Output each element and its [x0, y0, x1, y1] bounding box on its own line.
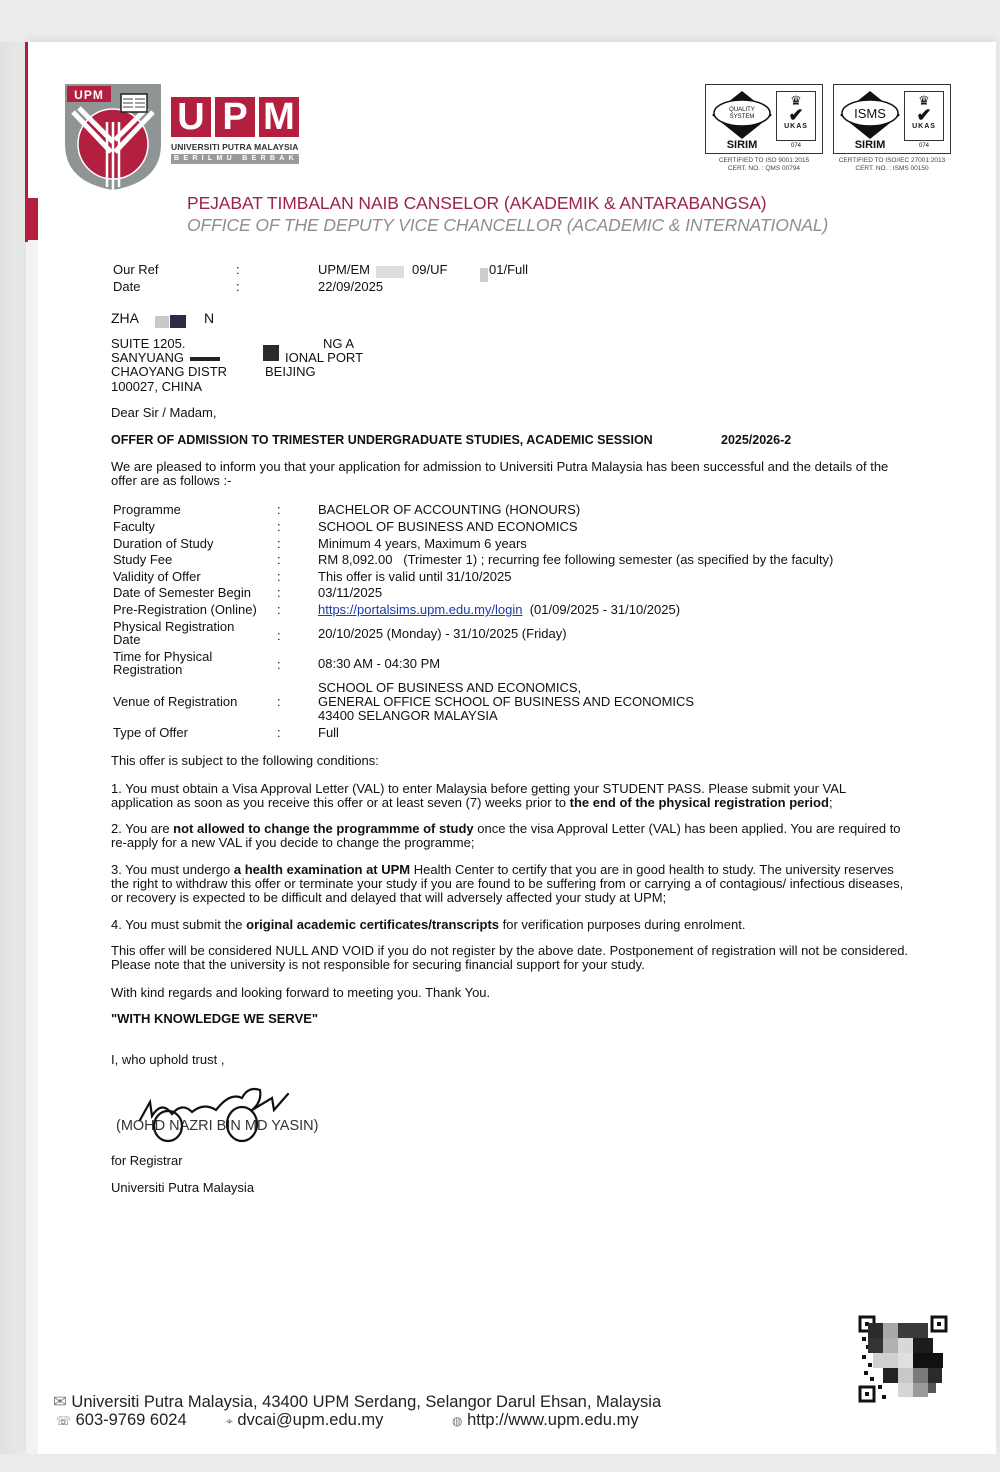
footer-phone-text: 603-9769 6024 — [76, 1411, 187, 1429]
colon: : — [277, 537, 281, 550]
svg-text:QUALITY: QUALITY — [729, 107, 755, 113]
address-line: SUITE 1205. — [111, 337, 185, 351]
academic-session: 2025/2026-2 — [721, 433, 791, 447]
svg-text:SYSTEM: SYSTEM — [730, 114, 755, 120]
wordmark-letter: U — [171, 97, 211, 137]
detail-label: Date of Semester Begin — [113, 586, 273, 599]
redaction-block — [263, 345, 279, 361]
redaction-block — [376, 266, 404, 278]
phone-icon: ☏ — [56, 1414, 71, 1428]
redaction-block — [155, 316, 169, 328]
footer-email-text[interactable]: dvcai@upm.edu.my — [237, 1411, 383, 1429]
our-ref-part: UPM/EM — [318, 263, 370, 277]
address-line: SANYUANG — [111, 351, 184, 365]
footer-email: ⌖ dvcai@upm.edu.my — [226, 1411, 383, 1430]
office-title-english: OFFICE OF THE DEPUTY VICE CHANCELLOR (AC… — [187, 215, 828, 236]
red-margin-block — [25, 198, 38, 240]
venue-line: 43400 SELANGOR MALAYSIA — [318, 709, 694, 723]
condition-item: 3. You must undergo a health examination… — [111, 863, 911, 905]
colon: : — [277, 586, 281, 599]
ukas-box: ♛ ✔ UKAS — [776, 91, 816, 141]
colon: : — [277, 570, 281, 583]
letter-date: 22/09/2025 — [318, 280, 383, 294]
detail-value: Full — [318, 726, 339, 739]
sirim-diamond-icon: ISMS — [838, 89, 902, 139]
university-name: UNIVERSITI PUTRA MALAYSIA — [171, 142, 299, 152]
address-line: NG A — [323, 337, 354, 351]
our-ref-part: 09/UF — [412, 263, 447, 277]
isms-cert-caption: CERTIFIED TO ISO/IEC 27001:2013 CERT. NO… — [833, 157, 951, 172]
redaction-block — [480, 268, 488, 282]
cert-caption-line: CERTIFIED TO ISO/IEC 27001:2013 — [833, 157, 951, 165]
condition-text: 2. You are — [111, 821, 173, 836]
motto-quote: "WITH KNOWLEDGE WE SERVE" — [111, 1012, 318, 1026]
sirim-label: SIRIM — [840, 139, 900, 151]
cert-caption-line: CERT. NO. : QMS 00794 — [705, 165, 823, 173]
condition-text: 4. You must submit the — [111, 917, 246, 932]
ukas-number: 074 — [904, 143, 944, 149]
redaction-block — [170, 315, 186, 328]
sirim-diamond-icon: QUALITY SYSTEM — [710, 89, 774, 139]
condition-emphasis: the end of the physical registration per… — [570, 795, 829, 810]
our-ref-part: 01/Full — [489, 263, 528, 277]
signature-icon — [112, 1080, 342, 1150]
colon: : — [277, 695, 281, 708]
qms-cert-badge: QUALITY SYSTEM SIRIM ♛ ✔ UKAS 074 — [705, 84, 823, 154]
upm-shield-icon: UPM — [63, 82, 163, 192]
sirim-label: SIRIM — [712, 139, 772, 151]
footer-address-text: Universiti Putra Malaysia, 43400 UPM Ser… — [71, 1393, 661, 1411]
closing-line: With kind regards and looking forward to… — [111, 986, 490, 1000]
footer-website: ◍ http://www.upm.edu.my — [452, 1411, 639, 1430]
detail-value: Minimum 4 years, Maximum 6 years — [318, 537, 527, 550]
svg-text:ISMS: ISMS — [854, 106, 886, 121]
detail-label: Venue of Registration — [113, 695, 273, 708]
condition-emphasis: not allowed to change the programmme of … — [173, 821, 473, 836]
detail-value: 08:30 AM - 04:30 PM — [318, 657, 440, 670]
isms-cert-badge: ISMS SIRIM ♛ ✔ UKAS 074 — [833, 84, 951, 154]
condition-item: 1. You must obtain a Visa Approval Lette… — [111, 782, 911, 810]
condition-emphasis: a health examination at UPM — [234, 862, 410, 877]
pre-registration-period: (01/09/2025 - 31/10/2025) — [530, 602, 680, 617]
condition-text: for verification purposes during enrolme… — [499, 917, 745, 932]
detail-value: RM 8,092.00 (Trimester 1) ; recurring fe… — [318, 553, 833, 566]
footer-website-text[interactable]: http://www.upm.edu.my — [467, 1411, 639, 1429]
detail-value: 03/11/2025 — [318, 586, 382, 599]
colon: : — [236, 263, 240, 277]
qms-cert-caption: CERTIFIED TO ISO 9001:2015 CERT. NO. : Q… — [705, 157, 823, 172]
detail-label: Faculty — [113, 520, 273, 533]
page-margin-shade — [26, 240, 38, 1454]
venue-line: SCHOOL OF BUSINESS AND ECONOMICS, — [318, 681, 694, 695]
condition-text: 3. You must undergo — [111, 862, 234, 877]
footer-phone: ☏ 603-9769 6024 — [56, 1411, 187, 1430]
recipient-name-part: N — [204, 311, 214, 325]
ukas-label: UKAS — [905, 123, 943, 130]
colon: : — [277, 520, 281, 533]
intro-paragraph: We are pleased to inform you that your a… — [111, 460, 911, 488]
signoff-organisation: Universiti Putra Malaysia — [111, 1181, 254, 1195]
ukas-box: ♛ ✔ UKAS — [904, 91, 944, 141]
colon: : — [277, 553, 281, 566]
upm-wordmark: U P M — [171, 97, 299, 137]
condition-text: ; — [829, 795, 833, 810]
address-line: BEIJING — [265, 365, 316, 379]
detail-label: Type of Offer — [113, 726, 273, 739]
detail-value: BACHELOR OF ACCOUNTING (HONOURS) — [318, 503, 580, 516]
detail-value: This offer is valid until 31/10/2025 — [318, 570, 511, 583]
qr-code-icon — [858, 1315, 948, 1405]
envelope-icon: ✉ — [53, 1393, 67, 1411]
trust-line: I, who uphold trust , — [111, 1053, 224, 1067]
colon: : — [277, 503, 281, 516]
mouse-icon: ⌖ — [226, 1414, 233, 1428]
pre-registration-link[interactable]: https://portalsims.upm.edu.my/login — [318, 602, 522, 617]
date-label: Date — [113, 280, 140, 294]
detail-label: Pre-Registration (Online) — [113, 603, 273, 616]
condition-emphasis: original academic certificates/transcrip… — [246, 917, 499, 932]
detail-value: SCHOOL OF BUSINESS AND ECONOMICS — [318, 520, 578, 533]
office-title-malay: PEJABAT TIMBALAN NAIB CANSELOR (AKADEMIK… — [187, 193, 767, 214]
letter-page — [26, 42, 996, 1454]
offer-subject: OFFER OF ADMISSION TO TRIMESTER UNDERGRA… — [111, 433, 653, 447]
detail-value: https://portalsims.upm.edu.my/login (01/… — [318, 603, 680, 616]
conditions-intro: This offer is subject to the following c… — [111, 754, 379, 768]
address-line: 100027, CHINA — [111, 380, 202, 394]
condition-item: 2. You are not allowed to change the pro… — [111, 822, 911, 850]
salutation: Dear Sir / Madam, — [111, 406, 216, 420]
detail-value: SCHOOL OF BUSINESS AND ECONOMICS, GENERA… — [318, 681, 694, 723]
svg-text:UPM: UPM — [74, 88, 104, 102]
detail-label: Duration of Study — [113, 537, 273, 550]
redaction-block — [190, 357, 220, 361]
wordmark-letter: M — [259, 97, 299, 137]
motto-banner: BERILMU BERBAKTI — [171, 154, 299, 164]
recipient-name-part: ZHA — [111, 311, 139, 325]
address-line: CHAOYANG DISTR — [111, 365, 227, 379]
colon: : — [277, 726, 281, 739]
colon: : — [277, 603, 281, 616]
globe-icon: ◍ — [452, 1414, 462, 1428]
condition-item: 4. You must submit the original academic… — [111, 918, 911, 932]
detail-label: Physical Registration Date — [113, 620, 248, 646]
ukas-label: UKAS — [777, 123, 815, 130]
venue-line: GENERAL OFFICE SCHOOL OF BUSINESS AND EC… — [318, 695, 694, 709]
detail-label: Time for Physical Registration — [113, 650, 228, 676]
colon: : — [277, 629, 281, 642]
scan-left-band — [0, 42, 26, 1454]
detail-label: Study Fee — [113, 553, 273, 566]
ukas-number: 074 — [776, 143, 816, 149]
for-registrar: for Registrar — [111, 1154, 183, 1168]
footer-address: ✉ Universiti Putra Malaysia, 43400 UPM S… — [53, 1392, 661, 1412]
check-icon: ✔ — [905, 107, 943, 123]
address-line: IONAL PORT — [285, 351, 363, 365]
check-icon: ✔ — [777, 107, 815, 123]
colon: : — [236, 280, 240, 294]
wordmark-letter: P — [215, 97, 255, 137]
cert-caption-line: CERT. NO. : ISMS 00150 — [833, 165, 951, 173]
detail-label: Programme — [113, 503, 273, 516]
colon: : — [277, 658, 281, 671]
cert-caption-line: CERTIFIED TO ISO 9001:2015 — [705, 157, 823, 165]
our-ref-label: Our Ref — [113, 263, 159, 277]
detail-value: 20/10/2025 (Monday) - 31/10/2025 (Friday… — [318, 627, 567, 640]
null-void-paragraph: This offer will be considered NULL AND V… — [111, 944, 911, 972]
detail-label: Validity of Offer — [113, 570, 273, 583]
